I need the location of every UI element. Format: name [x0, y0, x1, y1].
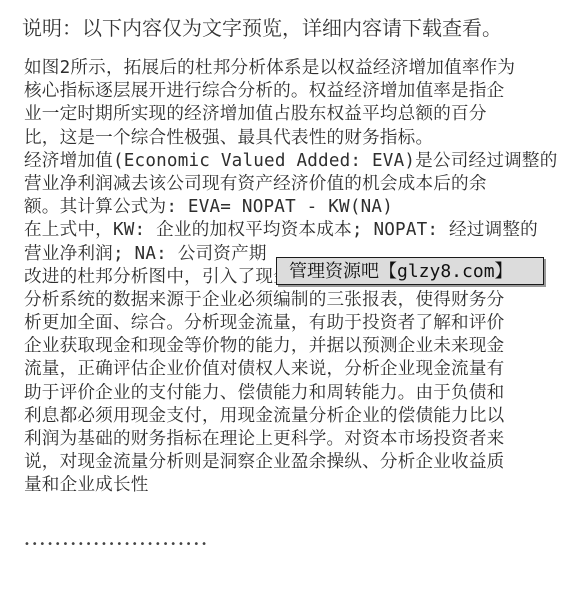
document-line: 在上式中，KW: 企业的加权平均资本成本; NOPAT: 经过调整的 — [24, 219, 564, 242]
document-line: 企业获取现金和现金等价物的能力，并据以预测企业未来现金 — [24, 335, 564, 358]
document-line: 核心指标逐层展开进行综合分析的。权益经济增加值率是指企 — [24, 80, 564, 103]
document-line: 经济增加值(Economic Valued Added: EVA)是公司经过调整… — [24, 150, 564, 173]
watermark-banner: 管理资源吧【glzy8.com】 — [276, 257, 544, 285]
document-line: 业一定时期所实现的经济增加值占股东权益平均总额的百分 — [24, 103, 564, 126]
dot-leader-divider: •••••••••••••••••••••••• — [24, 540, 209, 550]
document-line: 营业净利润减去该公司现有资产经济价值的机会成本后的余 — [24, 173, 564, 196]
document-line: 分析系统的数据来源于企业必须编制的三张报表，使得财务分 — [24, 289, 564, 312]
document-line: 额。其计算公式为: EVA= NOPAT - KW(NA) — [24, 196, 564, 219]
document-line: 流量，正确评估企业价值对债权人来说，分析企业现金流量有 — [24, 358, 564, 381]
document-line: 析更加全面、综合。分析现金流量，有助于投资者了解和评价 — [24, 312, 564, 335]
notice-title: 说明：以下内容仅为文字预览，详细内容请下载查看。 — [22, 14, 502, 42]
document-line: 说，对现金流量分析则是洞察企业盈余操纵、分析企业收益质 — [24, 451, 564, 474]
document-line: 利息都必须用现金支付，用现金流量分析企业的偿债能力比以 — [24, 405, 564, 428]
document-line: 利润为基础的财务指标在理论上更科学。对资本市场投资者来 — [24, 428, 564, 451]
document-line: 如图2所示，拓展后的杜邦分析体系是以权益经济增加值率作为 — [24, 57, 564, 80]
document-line: 比，这是一个综合性极强、最具代表性的财务指标。 — [24, 127, 564, 150]
document-line: 助于评价企业的支付能力、偿债能力和周转能力。由于负债和 — [24, 382, 564, 405]
document-line: 量和企业成长性 — [24, 474, 564, 497]
